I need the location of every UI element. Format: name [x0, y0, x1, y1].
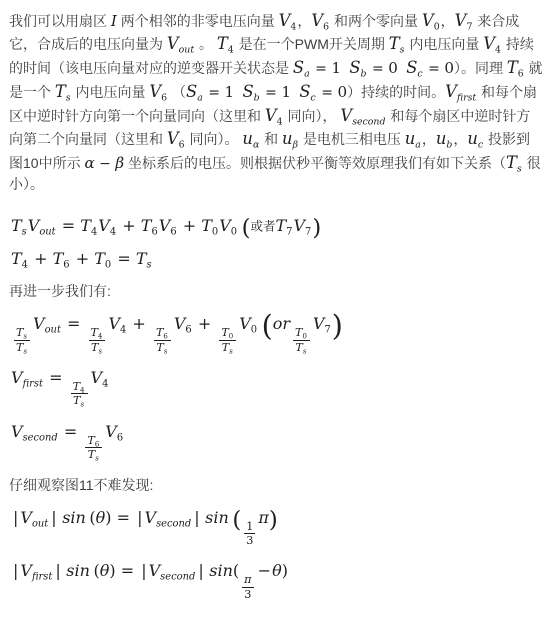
formula-vfirst: Vfirst=T4TsV4: [9, 368, 544, 408]
further-intro-text: 再进一步我们有:: [9, 282, 544, 302]
intro-paragraph: 我们可以用扇区 I 两个相邻的非零电压向量 V4，V6 和两个零向量 V0，V7…: [9, 9, 544, 194]
document: 我们可以用扇区 I 两个相邻的非零电压向量 V4，V6 和两个零向量 V0，V7…: [0, 0, 554, 623]
formula-vsecond: Vsecond=T6TsV6: [9, 422, 544, 462]
formula-time-sum: T4+T6+T0=Ts: [9, 249, 544, 268]
formula-normalized-balance: TsTsVout=T4TsV4+T6TsV6+T0TsV0(orT0TsV7): [9, 314, 544, 354]
formula-volt-second-balance: TsVout=T4V4+T6V6+T0V0(或者T7V7): [9, 216, 544, 235]
formula-sine-relation-2: |Vfirst|sin(θ)=|Vsecond|sin(π3−θ): [9, 561, 544, 601]
observe-text: 仔细观察图11不难发现:: [9, 476, 544, 496]
formula-sine-relation-1: |Vout|sin(θ)=|Vsecond|sin(13π): [9, 508, 544, 548]
